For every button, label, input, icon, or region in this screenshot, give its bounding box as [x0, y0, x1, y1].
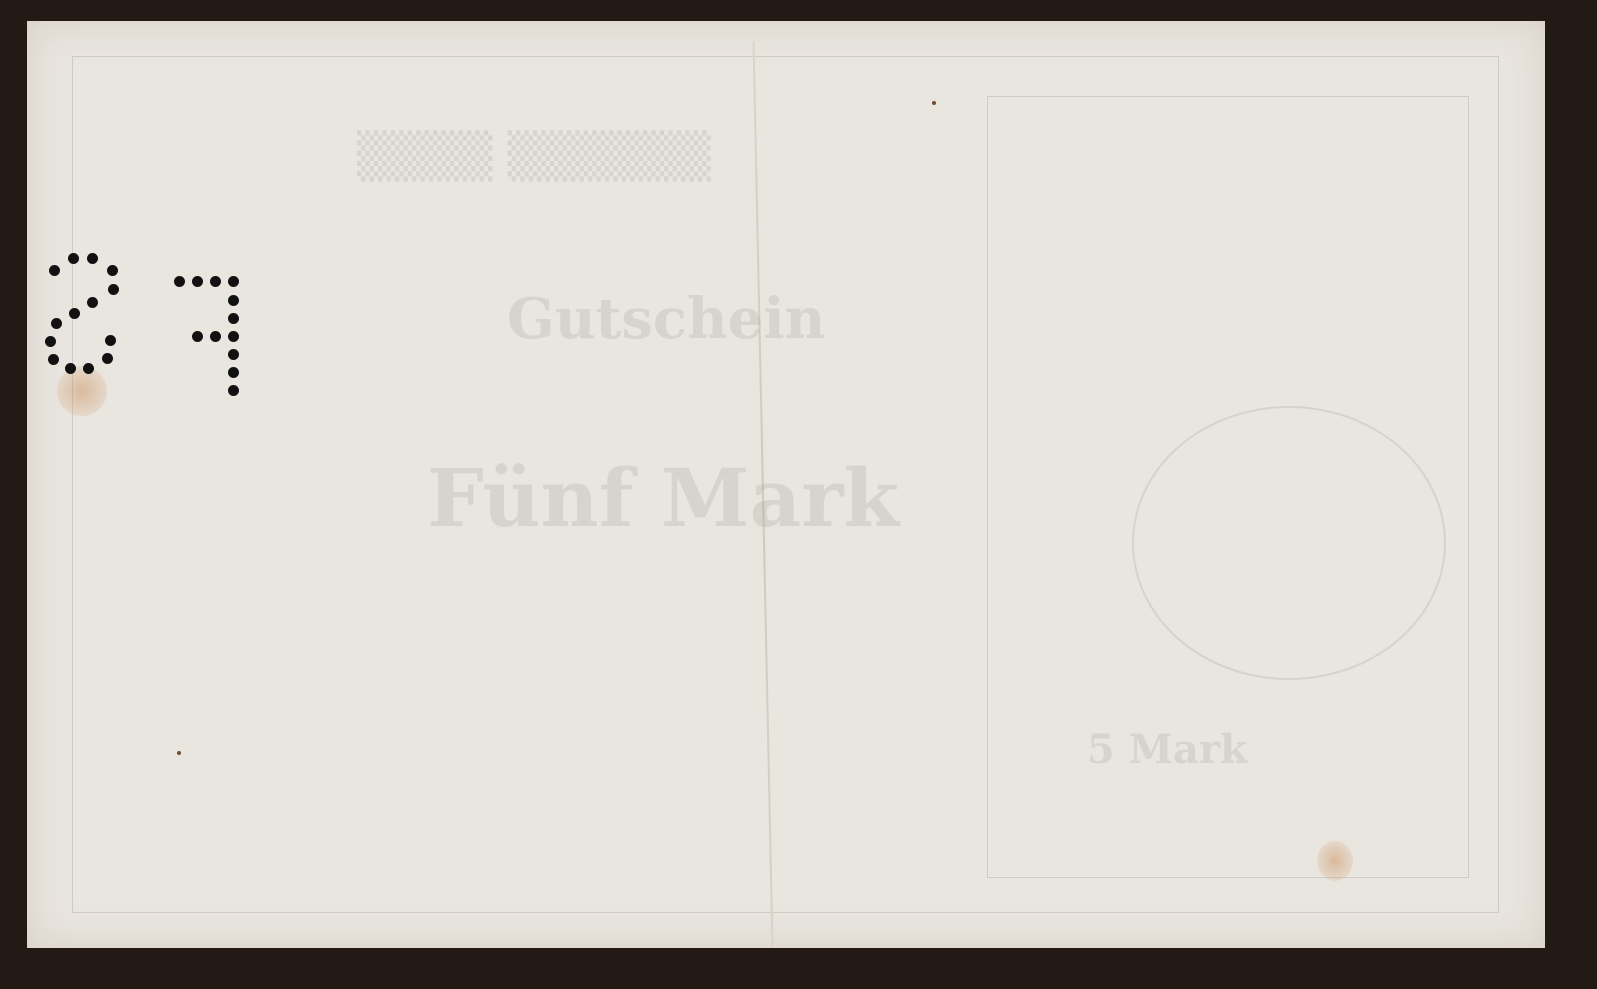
seal-stamp	[1132, 406, 1446, 680]
ghost-title: Gutschein	[507, 286, 825, 352]
stain	[1317, 841, 1353, 881]
ghost-value: Fünf Mark	[427, 451, 899, 545]
ghost-header: ▒▒▒▒ ▒▒▒▒▒▒	[357, 131, 711, 182]
speck	[932, 101, 936, 105]
speck	[177, 751, 181, 755]
stain	[57, 366, 107, 416]
banknote-back: ▒▒▒▒ ▒▒▒▒▒▒ Gutschein Fünf Mark 5 Mark	[27, 21, 1545, 948]
ghost-right-value: 5 Mark	[1087, 726, 1248, 773]
